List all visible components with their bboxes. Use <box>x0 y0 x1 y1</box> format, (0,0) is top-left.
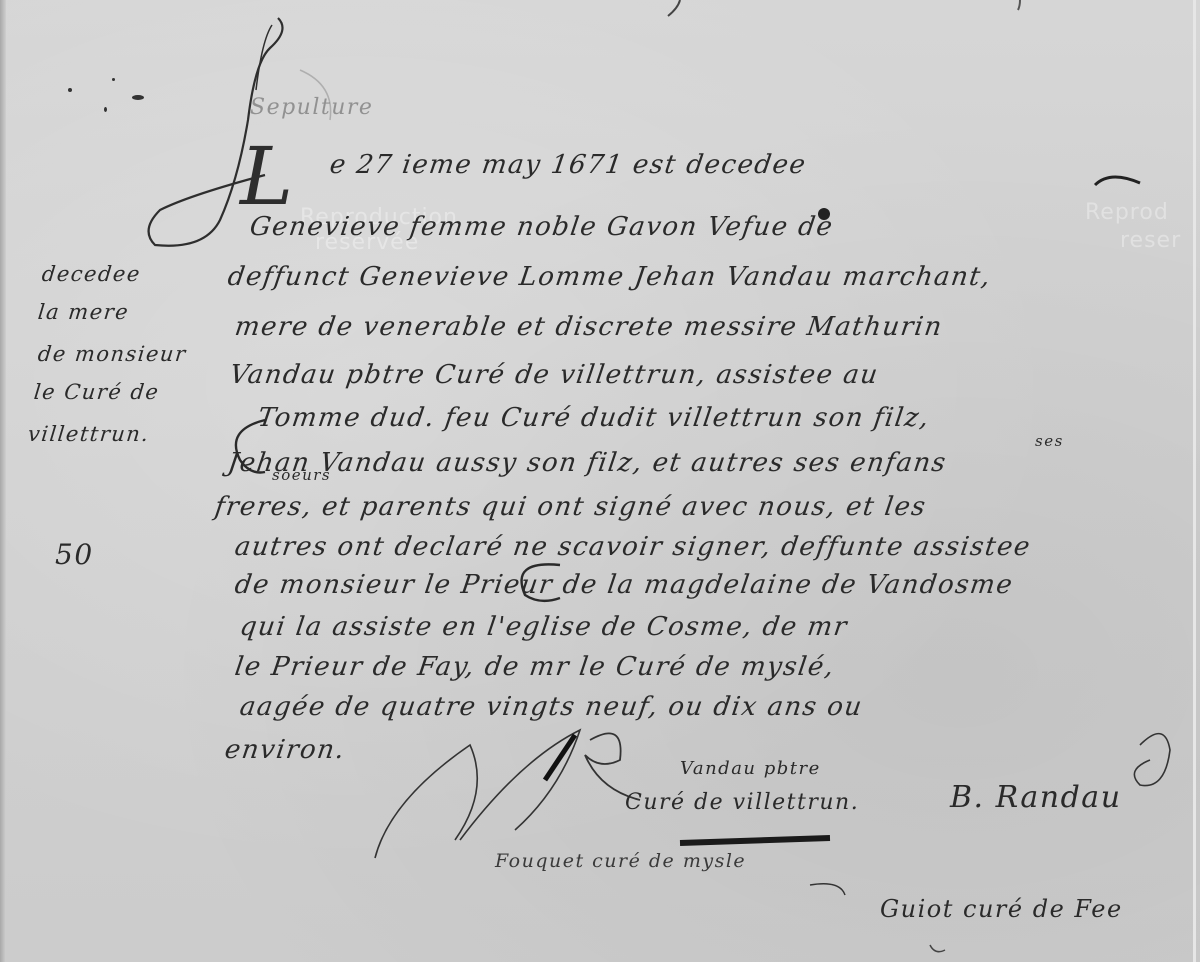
margin-note-line: de monsieur <box>37 342 188 366</box>
interlinear-insertion: ses <box>1035 432 1064 450</box>
margin-note-line: le Curé de <box>33 380 161 404</box>
initial-letter: L <box>240 130 295 223</box>
record-line: Genevieve femme noble Gavon Vefue de <box>248 212 836 242</box>
record-line: e 27 ieme may 1671 est decedee <box>328 150 809 180</box>
record-line: Jehan Vandau aussy son filz, et autres s… <box>226 448 949 478</box>
ink-dot <box>104 107 107 112</box>
record-line: qui la assiste en l'eglise de Cosme, de … <box>238 612 850 642</box>
interlinear-insertion: soeurs <box>272 466 331 484</box>
signature: B. Randau <box>950 780 1122 815</box>
record-line: freres, et parents qui ont signé avec no… <box>213 492 929 522</box>
record-line: mere de venerable et discrete messire Ma… <box>233 312 945 342</box>
record-line: de monsieur le Prieur de la magdelaine d… <box>233 570 1015 600</box>
record-line: Vandau pbtre Curé de villettrun, assiste… <box>228 360 881 390</box>
record-line: environ. <box>223 735 347 765</box>
record-line: le Prieur de Fay, de mr le Curé de myslé… <box>233 652 837 682</box>
ink-strokes <box>0 0 1200 962</box>
margin-note-line: decedee <box>41 262 142 286</box>
record-line: deffunct Genevieve Lomme Jehan Vandau ma… <box>226 262 993 292</box>
record-line: Tomme dud. feu Curé dudit villettrun son… <box>256 403 932 433</box>
signature: Fouquet curé de mysle <box>495 850 746 872</box>
ink-dot <box>132 95 144 100</box>
record-line: aagée de quatre vingts neuf, ou dix ans … <box>238 692 865 722</box>
record-line: autres ont declaré ne scavoir signer, de… <box>233 532 1033 562</box>
margin-note-line: villettrun. <box>27 422 151 446</box>
signature: Guiot curé de Fee <box>880 895 1123 923</box>
signature: Curé de villettrun. <box>625 790 859 815</box>
folio-number: 50 <box>55 538 94 571</box>
margin-note-line: la mere <box>37 300 131 324</box>
manuscript-page: Reproduction reservée Reprod reser <box>0 0 1200 962</box>
signature: Vandau pbtre <box>680 758 821 779</box>
ink-dot <box>68 88 72 92</box>
ink-dot <box>112 78 115 81</box>
faint-margin-note: Sepulture <box>250 95 373 120</box>
